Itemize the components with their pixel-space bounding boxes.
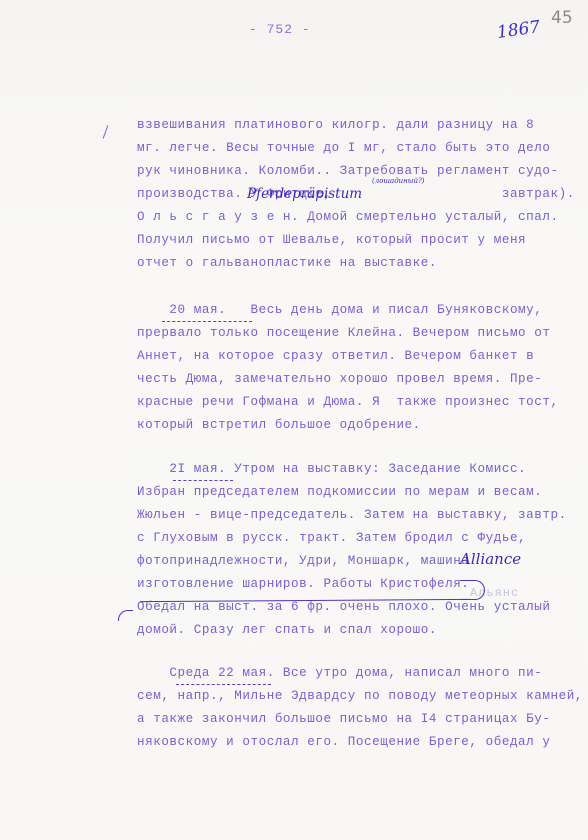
text-line: прервало только посещение Клейна. Вечеро… xyxy=(137,326,550,340)
text-line: Жюльен - вице-председатель. Затем на выс… xyxy=(137,508,567,522)
handwritten-brace xyxy=(460,580,485,600)
text-line: с Глуховым в русск. тракт. Затем бродил … xyxy=(137,531,526,545)
text-line: няковскому и отослал его. Посещение Брег… xyxy=(137,735,550,749)
archive-number-handwritten: 1867 xyxy=(496,17,542,43)
margin-mark xyxy=(103,125,109,138)
text-line: мг. легче. Весы точные до I мг, стало бы… xyxy=(137,141,550,155)
text-line: изготовление шарниров. Работы Кристофеля… xyxy=(137,577,469,591)
text-line: Получил письмо от Шевалье, который проси… xyxy=(137,233,526,247)
text-line: фотопринадлежности, Удри, Моншарк, машин… xyxy=(137,554,469,568)
text-line: который встретил большое одобрение. xyxy=(137,418,421,432)
handwritten-insert: Pferdepräpistum xyxy=(247,186,362,202)
text-line: Избран председателем подкомиссии по мера… xyxy=(137,485,542,499)
text-line: 2I мая. Утром на выставку: Заседание Ком… xyxy=(137,462,526,476)
text-line: рук чиновника. Коломби.. Затребовать рег… xyxy=(137,164,559,178)
date-underline xyxy=(173,480,233,481)
text-line: взвешивания платинового килогр. дали раз… xyxy=(137,118,534,132)
date-underline xyxy=(162,321,252,322)
page-number: - 752 - xyxy=(249,22,311,37)
document-page: - 752 - 1867 45 взвешивания платинового … xyxy=(0,0,588,840)
text-line: а также закончил большое письмо на I4 ст… xyxy=(137,712,550,726)
text-line: Обедал на выст. за 6 фр. очень плохо. Оч… xyxy=(137,600,550,614)
text-line: Среда 22 мая. Все утро дома, написал мно… xyxy=(137,666,542,680)
text-line: О л ь с г а у з е н. Домой смертельно ус… xyxy=(137,210,559,224)
text-line: 20 мая. Весь день дома и писал Буняковск… xyxy=(137,303,542,317)
date-underline xyxy=(176,684,271,685)
text-line: Аннет, на которое сразу ответил. Вечером… xyxy=(137,349,534,363)
text-line: домой. Сразу лег спать и спал хорошо. xyxy=(137,623,437,637)
handwritten-alliance: Alliance xyxy=(460,550,521,568)
margin-curl-mark xyxy=(118,610,133,621)
text-line: сем, напр., Мильне Эдвардсу по поводу ме… xyxy=(137,689,583,703)
text-line: красные речи Гофмана и Дюма. Я также про… xyxy=(137,395,559,409)
text-line: честь Дюма, замечательно хорошо провел в… xyxy=(137,372,542,386)
handwritten-note: (лошадиный?) xyxy=(372,177,424,185)
text-line: отчет о гальванопластике на выставке. xyxy=(137,256,437,270)
folio-number: 45 xyxy=(551,8,573,28)
